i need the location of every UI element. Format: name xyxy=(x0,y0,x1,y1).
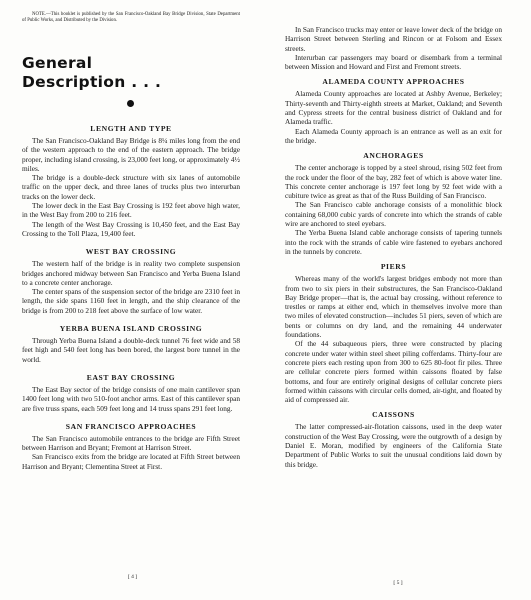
section-heading: ALAMEDA COUNTY APPROACHES xyxy=(285,77,502,87)
page-title: General Description . . . xyxy=(22,54,161,92)
paragraph: Whereas many of the world's largest brid… xyxy=(285,274,502,339)
paragraph: Through Yerba Buena Island a double-deck… xyxy=(22,336,240,364)
bullet-ornament xyxy=(127,100,134,107)
left-page: NOTE.—This booklet is published by the S… xyxy=(0,0,265,600)
paragraph: The western half of the bridge is in rea… xyxy=(22,259,240,287)
page-number: [ 5 ] xyxy=(265,580,531,586)
section-heading: YERBA BUENA ISLAND CROSSING xyxy=(22,324,240,334)
paragraph: Of the 44 subaqueous piers, three were c… xyxy=(285,339,502,404)
paragraph: Each Alameda County approach is an entra… xyxy=(285,127,502,146)
paragraph: The East Bay sector of the bridge consis… xyxy=(22,385,240,413)
section-heading: WEST BAY CROSSING xyxy=(22,247,240,257)
booklet-spread: NOTE.—This booklet is published by the S… xyxy=(0,0,531,600)
section-heading: SAN FRANCISCO APPROACHES xyxy=(22,422,240,432)
paragraph: The San Francisco automobile entrances t… xyxy=(22,434,240,453)
paragraph: The length of the West Bay Crossing is 1… xyxy=(22,220,240,239)
paragraph: The San Francisco cable anchorage consis… xyxy=(285,200,502,228)
paragraph: The center anchorage is topped by a stee… xyxy=(285,163,502,200)
paragraph: The lower deck in the East Bay Crossing … xyxy=(22,201,240,220)
paragraph: The latter compressed-air-flotation cais… xyxy=(285,422,502,468)
section-heading: ANCHORAGES xyxy=(285,151,502,161)
paragraph: In San Francisco trucks may enter or lea… xyxy=(285,25,502,53)
paragraph: The bridge is a double-deck structure wi… xyxy=(22,173,240,201)
right-column: In San Francisco trucks may enter or lea… xyxy=(285,25,502,469)
section-heading: CAISSONS xyxy=(285,410,502,420)
page-number: [ 4 ] xyxy=(0,574,265,580)
right-page: In San Francisco trucks may enter or lea… xyxy=(265,0,531,600)
paragraph: The Yerba Buena Island cable anchorage c… xyxy=(285,228,502,256)
section-heading: PIERS xyxy=(285,262,502,272)
paragraph: Alameda County approaches are located at… xyxy=(285,89,502,126)
section-heading: LENGTH AND TYPE xyxy=(22,124,240,134)
paragraph: San Francisco exits from the bridge are … xyxy=(22,452,240,471)
publisher-note: NOTE.—This booklet is published by the S… xyxy=(22,12,240,24)
left-column: LENGTH AND TYPEThe San Francisco-Oakland… xyxy=(22,124,240,471)
paragraph: The center spans of the suspension secto… xyxy=(22,287,240,315)
paragraph: The San Francisco-Oakland Bay Bridge is … xyxy=(22,136,240,173)
section-heading: EAST BAY CROSSING xyxy=(22,373,240,383)
paragraph: Interurban car passengers may board or d… xyxy=(285,53,502,72)
